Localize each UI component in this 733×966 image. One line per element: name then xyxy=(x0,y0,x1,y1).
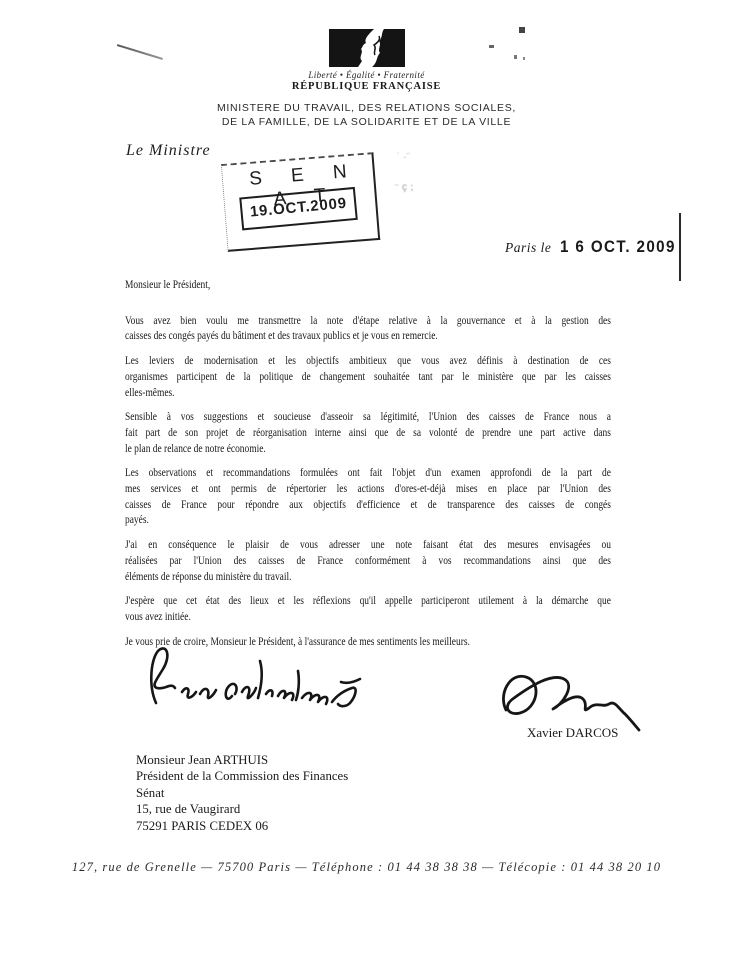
body-line: fait part de son projet de réorganisatio… xyxy=(125,425,611,441)
recipient-line: Président de la Commission des Finances xyxy=(136,768,348,784)
body-line: le plan de relance de notre économie. xyxy=(125,441,611,457)
salutation: Monsieur le Président, xyxy=(125,277,611,293)
footer-address-line: 127, rue de Grenelle — 75700 Paris — Tél… xyxy=(0,860,733,875)
scan-artifact-speck xyxy=(489,45,494,48)
body-line: mes services et ont permis de répertorie… xyxy=(125,481,611,497)
republic-line: RÉPUBLIQUE FRANÇAISE xyxy=(0,81,733,92)
body-line: éléments de réponse du ministère du trav… xyxy=(125,569,611,585)
body-line: réalisées par l'Union des caisses de Fra… xyxy=(125,553,611,569)
date-stamp: 1 6 OCT. 2009 xyxy=(560,238,676,257)
recipient-line: Sénat xyxy=(136,785,348,801)
sender-title: Le Ministre xyxy=(126,142,211,160)
recipient-line: 75291 PARIS CEDEX 06 xyxy=(136,818,348,834)
ministry-title: MINISTERE DU TRAVAIL, DES RELATIONS SOCI… xyxy=(0,101,733,129)
body-line: J'ai en conséquence le plaisir de vous a… xyxy=(125,537,611,553)
ministry-line-2: DE LA FAMILLE, DE LA SOLIDARITE ET DE LA… xyxy=(0,115,733,129)
paragraph: J'espère que cet état des lieux et les r… xyxy=(125,593,611,624)
letterhead: Liberté • Égalité • Fraternité RÉPUBLIQU… xyxy=(0,28,733,129)
paragraph: Sensible à vos suggestions et soucieuse … xyxy=(125,409,611,456)
body-line: Vous avez bien voulu me transmettre la n… xyxy=(125,313,611,329)
scan-artifact-speck xyxy=(523,57,525,60)
handwritten-note xyxy=(136,643,371,718)
letter-body: Monsieur le Président, Vous avez bien vo… xyxy=(125,277,611,649)
body-line: Sensible à vos suggestions et soucieuse … xyxy=(125,409,611,425)
place-date-prefix: Paris le xyxy=(505,240,551,256)
recipient-line: 15, rue de Vaugirard xyxy=(136,801,348,817)
signatory-name: Xavier DARCOS xyxy=(527,725,618,741)
signature-icon xyxy=(492,656,644,734)
scan-artifact-vertical-line xyxy=(679,213,681,281)
republique-francaise-logo-icon xyxy=(327,28,407,68)
body-line: Les leviers de modernisation et les obje… xyxy=(125,353,611,369)
scanned-letter-page: Liberté • Égalité • Fraternité RÉPUBLIQU… xyxy=(0,0,733,966)
motto-line: Liberté • Égalité • Fraternité xyxy=(0,70,733,80)
body-line: elles-mêmes. xyxy=(125,385,611,401)
recipient-line: Monsieur Jean ARTHUIS xyxy=(136,752,348,768)
body-line: organismes participent de la politique d… xyxy=(125,369,611,385)
paragraph: J'ai en conséquence le plaisir de vous a… xyxy=(125,537,611,584)
scan-artifact-smudge: ⁻ ç ⁏ xyxy=(394,182,413,193)
scan-artifact-speck xyxy=(519,27,525,33)
body-line: caisses de France pour répondre aux obje… xyxy=(125,497,611,513)
body-line: vous avez initiée. xyxy=(125,609,611,625)
scan-artifact-speck xyxy=(514,55,517,59)
paragraph: Vous avez bien voulu me transmettre la n… xyxy=(125,313,611,344)
senat-receipt-stamp: S E N A T 19.OCT.2009 xyxy=(221,152,380,252)
recipient-address: Monsieur Jean ARTHUIS Président de la Co… xyxy=(136,752,348,834)
paragraph: Les leviers de modernisation et les obje… xyxy=(125,353,611,400)
scan-artifact-smudge: ˙ ·¨ xyxy=(397,152,410,163)
ministry-line-1: MINISTERE DU TRAVAIL, DES RELATIONS SOCI… xyxy=(0,101,733,115)
body-line: payés. xyxy=(125,512,611,528)
body-line: J'espère que cet état des lieux et les r… xyxy=(125,593,611,609)
paragraph: Les observations et recommandations form… xyxy=(125,465,611,528)
body-line: Les observations et recommandations form… xyxy=(125,465,611,481)
body-line: caisses des congés payés du bâtiment et … xyxy=(125,328,611,344)
